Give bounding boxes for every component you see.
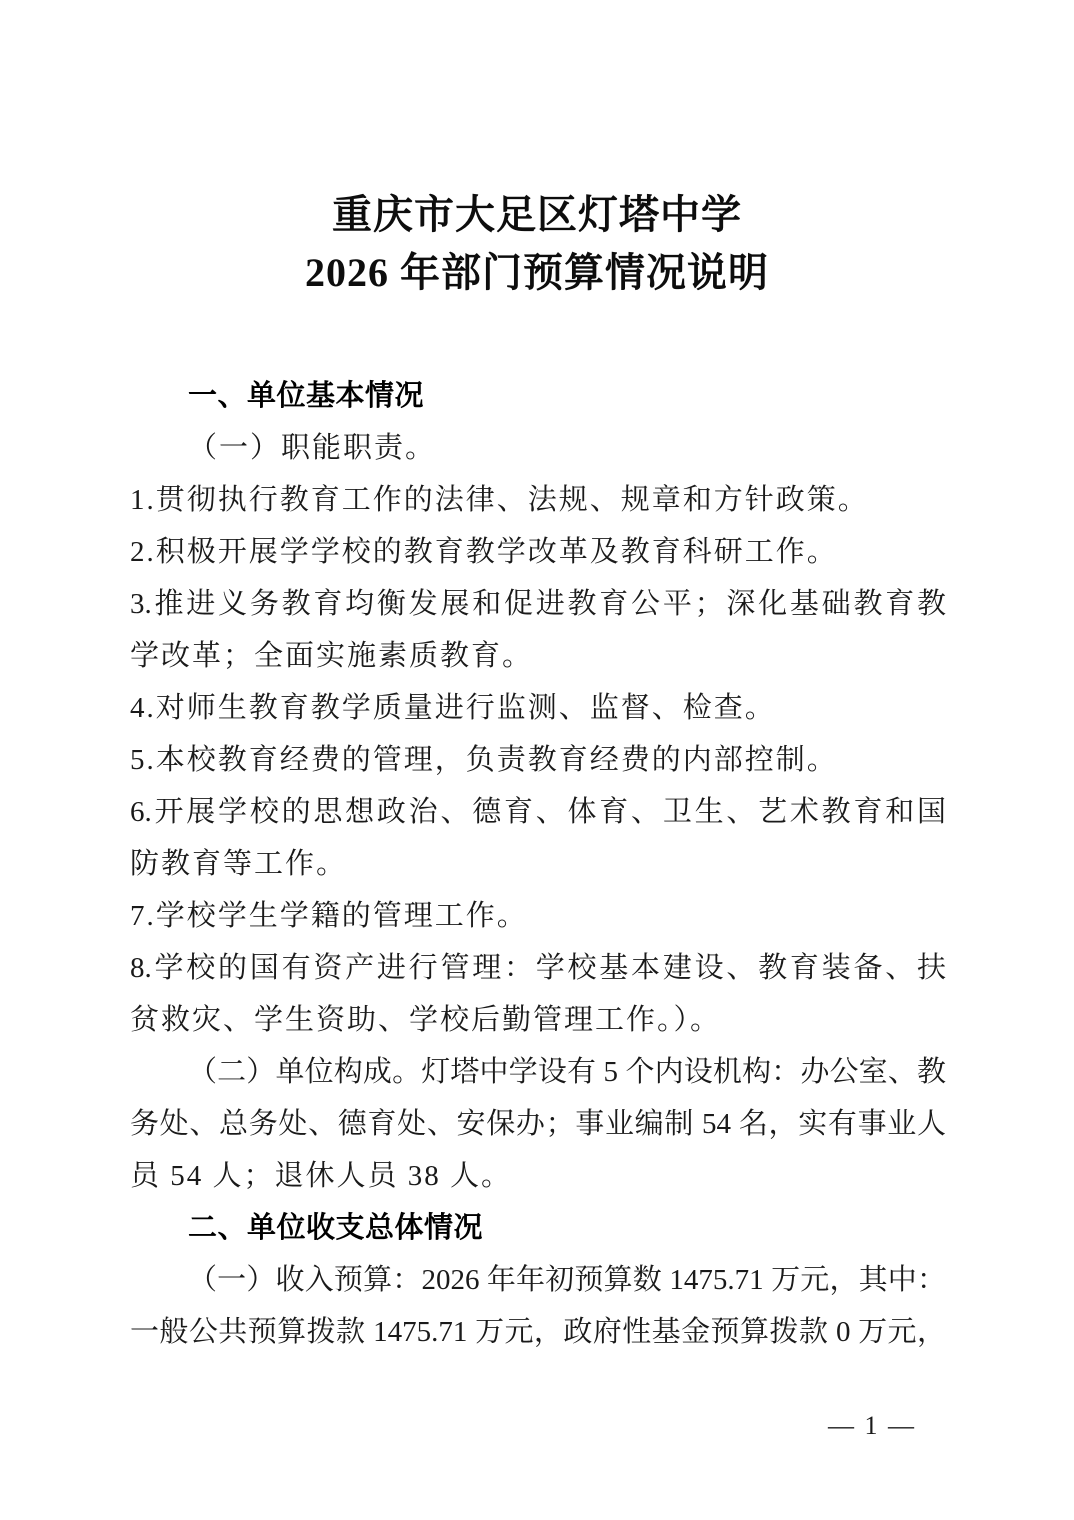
- section-heading-basic-info: 一、单位基本情况: [130, 370, 946, 422]
- subsection-revenue-line-2: 一般公共预算拨款 1475.71 万元，政府性基金预算拨款 0 万元，: [130, 1306, 946, 1358]
- duty-item-8-line-1: 8.学校的国有资产进行管理：学校基本建设、教育装备、扶: [130, 942, 946, 994]
- duty-item-1: 1.贯彻执行教育工作的法律、法规、规章和方针政策。: [130, 474, 946, 526]
- subsection-composition-line-3: 员 54 人；退休人员 38 人。: [130, 1150, 946, 1202]
- duty-item-7: 7.学校学生学籍的管理工作。: [130, 890, 946, 942]
- duty-item-6-line-1: 6.开展学校的思想政治、德育、体育、卫生、艺术教育和国: [130, 786, 946, 838]
- subsection-composition-line-2: 务处、总务处、德育处、安保办；事业编制 54 名，实有事业人: [130, 1098, 946, 1150]
- duty-item-4: 4.对师生教育教学质量进行监测、监督、检查。: [130, 682, 946, 734]
- subsection-duties: （一）职能职责。: [130, 422, 946, 474]
- document-body: 一、单位基本情况 （一）职能职责。 1.贯彻执行教育工作的法律、法规、规章和方针…: [130, 370, 946, 1358]
- duty-item-3-line-1: 3.推进义务教育均衡发展和促进教育公平；深化基础教育教: [130, 578, 946, 630]
- title-line-1: 重庆市大足区灯塔中学: [0, 186, 1074, 244]
- duty-item-3-line-2: 学改革；全面实施素质教育。: [130, 630, 946, 682]
- subsection-composition-line-1: （二）单位构成。灯塔中学设有 5 个内设机构：办公室、教: [130, 1046, 946, 1098]
- duty-item-2: 2.积极开展学学校的教育教学改革及教育科研工作。: [130, 526, 946, 578]
- section-heading-budget-overview: 二、单位收支总体情况: [130, 1202, 946, 1254]
- duty-item-8-line-2: 贫救灾、学生资助、学校后勤管理工作。）。: [130, 994, 946, 1046]
- page-number: — 1 —: [828, 1408, 916, 1444]
- subsection-revenue-line-1: （一）收入预算：2026 年年初预算数 1475.71 万元，其中：: [130, 1254, 946, 1306]
- document-title: 重庆市大足区灯塔中学 2026 年部门预算情况说明: [0, 186, 1074, 302]
- title-line-2: 2026 年部门预算情况说明: [0, 244, 1074, 302]
- duty-item-5: 5.本校教育经费的管理，负责教育经费的内部控制。: [130, 734, 946, 786]
- document-page: 重庆市大足区灯塔中学 2026 年部门预算情况说明 一、单位基本情况 （一）职能…: [0, 0, 1074, 1520]
- duty-item-6-line-2: 防教育等工作。: [130, 838, 946, 890]
